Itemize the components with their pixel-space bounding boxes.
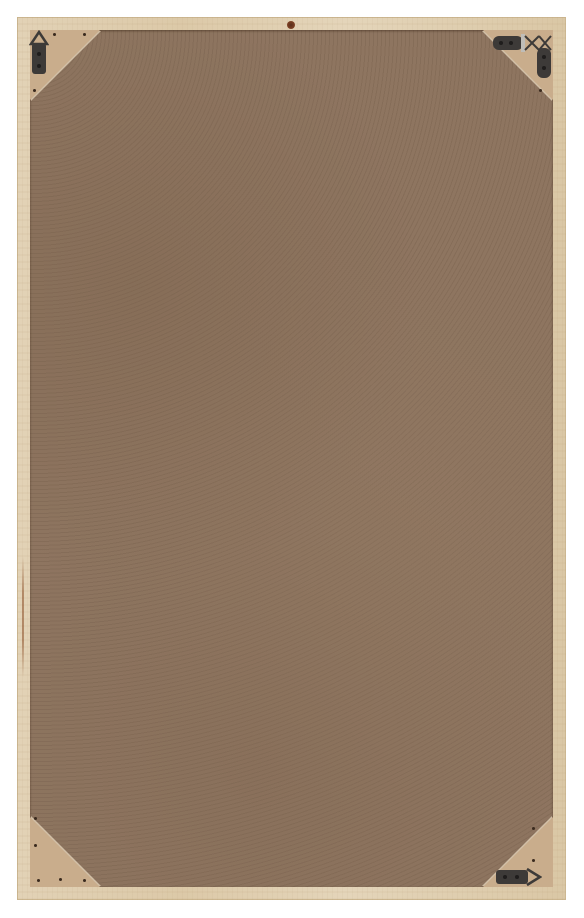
triangle-hanger-icon (29, 30, 49, 76)
nail (33, 89, 36, 92)
nail (532, 859, 535, 862)
triangle-hanger-icon (496, 867, 542, 887)
nail (83, 33, 86, 36)
wood-knot (287, 21, 295, 29)
picture-frame (17, 17, 566, 900)
corner-brace-bottom-left (30, 817, 100, 887)
nail (532, 827, 535, 830)
nail (34, 844, 37, 847)
hardboard-backing (30, 30, 553, 887)
nail (53, 33, 56, 36)
nail (83, 879, 86, 882)
bracket-hanger-icon (493, 30, 555, 90)
nail (59, 878, 62, 881)
nail (37, 879, 40, 882)
wood-grain-streak (22, 557, 24, 677)
nail (34, 817, 37, 820)
